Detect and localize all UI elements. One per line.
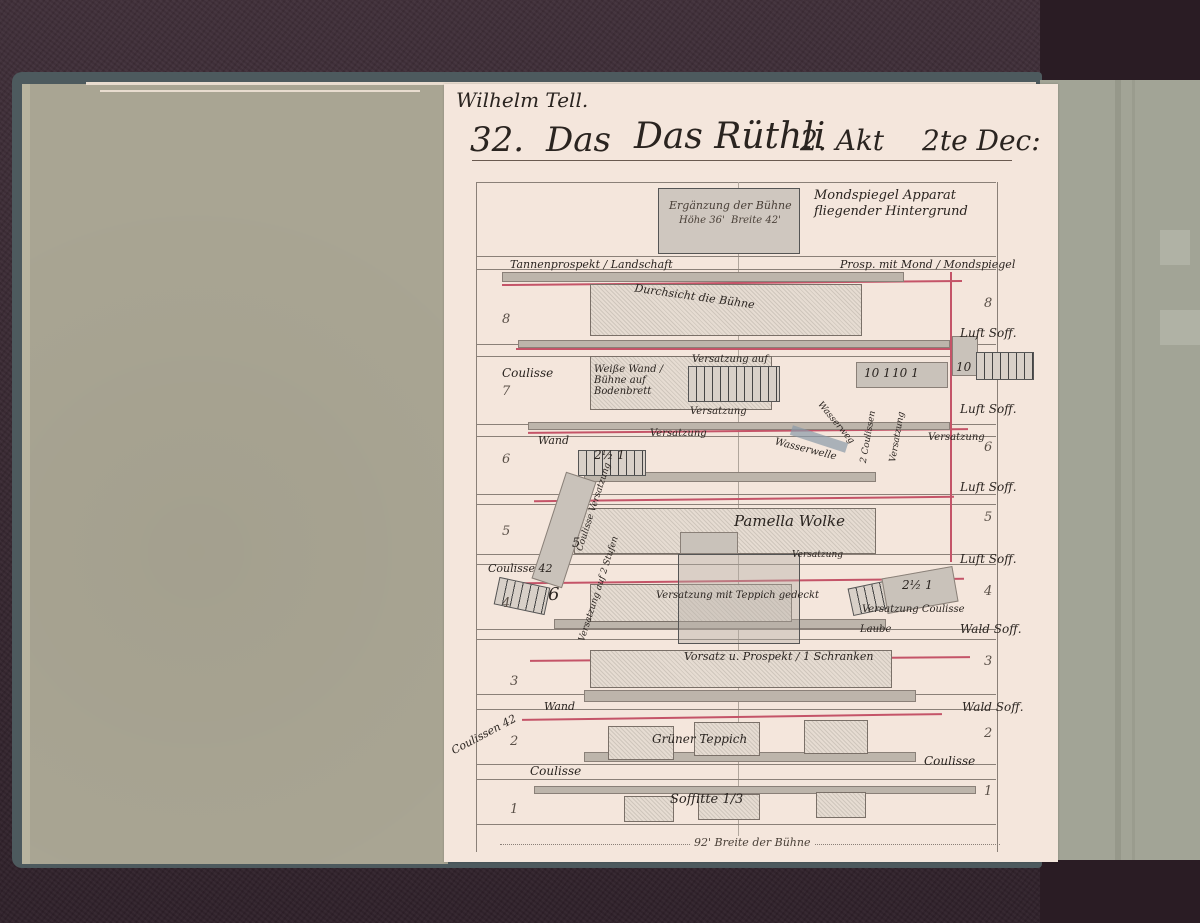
act-label: 2. Akt (800, 124, 884, 157)
left-cover-board (28, 84, 448, 864)
flat-row8 (590, 284, 862, 336)
border-bar (518, 340, 950, 348)
annotation: Pamella Wolke (734, 512, 845, 530)
annotation: Luft Soff. (960, 552, 1017, 566)
annotation: 5 (572, 536, 580, 551)
row-number-right: 8 (984, 296, 992, 311)
gutter-fold-2 (1132, 80, 1135, 860)
row-number-right: 6 (984, 440, 992, 455)
extension-width: Breite 42' (731, 215, 781, 226)
annotation: Laube (860, 624, 891, 635)
extension-title: Ergänzung der Bühne (669, 199, 792, 212)
platform-label: 10 1 (864, 366, 891, 380)
annotation: 2½ 1 (594, 448, 625, 462)
paper-patch (1160, 230, 1190, 265)
grid-line (476, 824, 996, 825)
annotation: Coulisse 42 (488, 562, 552, 575)
frame-top (476, 182, 996, 183)
extension-height: Höhe 36' (679, 215, 725, 226)
stairs-right-top (976, 352, 1034, 380)
top-note-1: Mondspiegel Apparat (814, 188, 956, 203)
annotation: Versatzung Coulisse (862, 604, 965, 615)
annotation: Luft Soff. (960, 480, 1017, 494)
row-number-right: 3 (984, 654, 992, 669)
grid-line (476, 494, 996, 495)
right-gutter-board (1040, 80, 1200, 860)
flat-row1-left (624, 796, 674, 822)
grid-line (476, 256, 996, 257)
grid-line (476, 504, 996, 505)
annotation: Versatzung (792, 550, 843, 560)
annotation: 2½ 1 (902, 578, 933, 592)
stage-extension-box: Ergänzung der Bühne Höhe 36' Breite 42' (658, 188, 800, 254)
annotation: Tannenprospekt / Landschaft (510, 258, 673, 271)
annotation: Soffitte 1/3 (670, 792, 743, 807)
row-number-left: 4 (502, 596, 510, 611)
annotation: Wand (538, 434, 569, 447)
annotation: Versatzung (928, 432, 985, 443)
paper-patch (1160, 310, 1200, 345)
gutter-fold (1115, 80, 1121, 860)
scene-name-das: Das (546, 120, 611, 160)
annotation: Weiße Wand / Bühne auf Bodenbrett (594, 364, 674, 397)
flat-row2-right (804, 720, 868, 754)
grid-line (476, 779, 996, 780)
annotation: Wald Soff. (960, 622, 1022, 636)
annotation: Luft Soff. (960, 402, 1017, 416)
page-edge-top-2 (100, 90, 420, 92)
annotation: Versatzung (650, 428, 707, 439)
annotation: Coulisse (924, 754, 975, 768)
row-number-left: 5 (502, 524, 510, 539)
row-number-left: 2 (510, 734, 518, 749)
stage-width-label: 92' Breite der Bühne (690, 836, 814, 849)
annotation: Coulisse (502, 366, 553, 380)
annotation: Luft Soff. (960, 326, 1017, 340)
scene-number: 32. (470, 120, 524, 160)
annotation: Wand (544, 700, 575, 713)
annotation: Versatzung (690, 406, 747, 417)
scene-name: Das Rüthli (634, 116, 825, 157)
red-line-row7 (516, 348, 956, 350)
row-number-left: 6 (502, 452, 510, 467)
border-bar (584, 690, 916, 702)
border-bar (502, 272, 904, 282)
platform-label: 10 1 (892, 366, 919, 380)
red-line-vertical (950, 272, 952, 562)
flat-row1-right (816, 792, 866, 818)
annotation: Versatzung auf (692, 354, 768, 365)
page-edge-strip (22, 84, 30, 864)
row-number-right: 1 (984, 784, 992, 799)
annotation: Wald Soff. (962, 700, 1024, 714)
row-number-right: 5 (984, 510, 992, 525)
annotation: Coulisse (530, 764, 581, 778)
top-note-2: fliegender Hintergrund (814, 204, 968, 219)
stage-plan-sheet: Wilhelm Tell. 32. Das Das Rüthli 2. Akt … (444, 84, 1058, 862)
border-bar (534, 786, 976, 794)
annotation: Vorsatz u. Prospekt / 1 Schranken (684, 650, 874, 663)
stairs-row7 (688, 366, 780, 402)
border-bar (528, 422, 950, 430)
row-number-left: 3 (510, 674, 518, 689)
annotation: Versatzung mit Teppich gedeckt (656, 590, 819, 601)
row-number-left: 1 (510, 802, 518, 817)
annotation: Prosp. mit Mond / Mondspiegel (840, 258, 1015, 271)
annotation: 6 (548, 584, 559, 605)
annotation: Grüner Teppich (652, 732, 747, 746)
center-platform (680, 532, 738, 554)
title-underline (472, 160, 1012, 161)
row-number-left: 7 (502, 384, 510, 399)
decoration-label: 2te Dec: (922, 124, 1041, 157)
row-number-left: 8 (502, 312, 510, 327)
play-title: Wilhelm Tell. (456, 88, 588, 112)
row-number-right: 4 (984, 584, 992, 599)
row-number-right: 2 (984, 726, 992, 741)
